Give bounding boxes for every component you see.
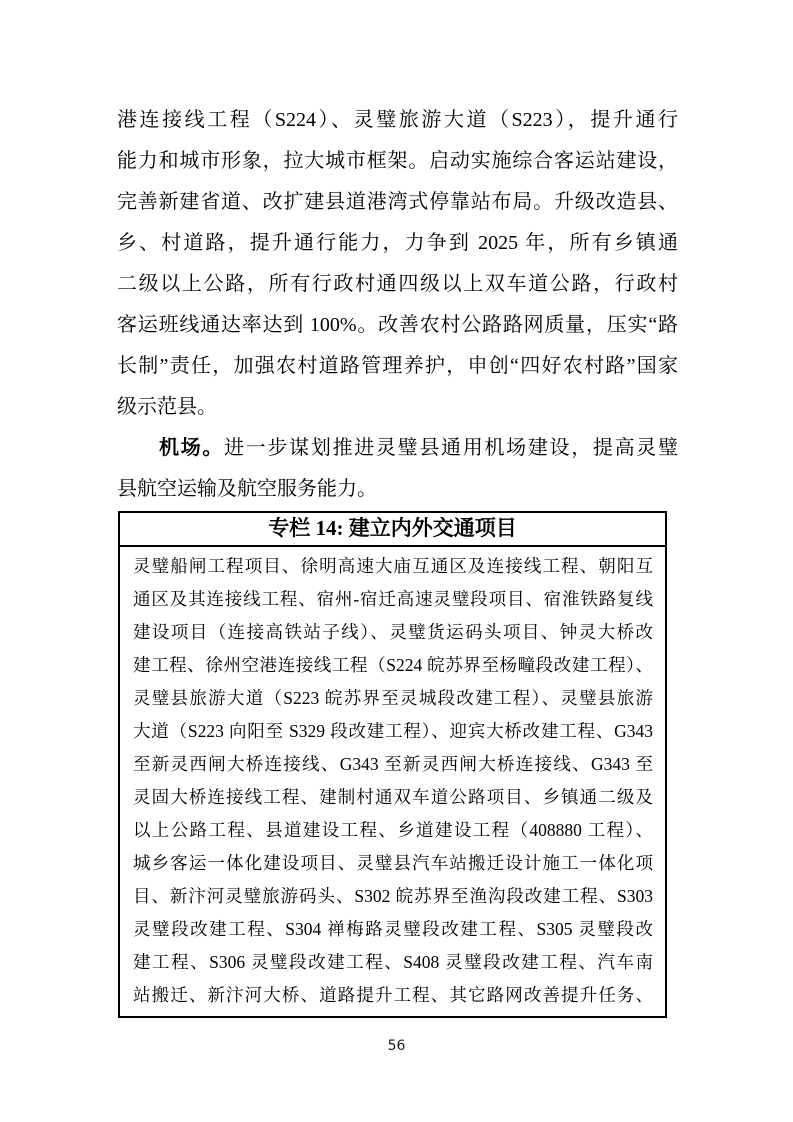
column-box-title: 专栏 14: 建立内外交通项目 (120, 513, 665, 547)
text-line: 城乡客运一体化建设项目、灵璧县汽车站搬迁设计施工一体化项 (133, 847, 653, 880)
text-line: 至新灵西闸大桥连接线、G343 至新灵西闸大桥连接线、G343 至 (133, 748, 653, 781)
line-text: 灵璧船闸工程项目、徐明高速大庙互通区及连接线工程、朝阳互 (133, 556, 653, 576)
paragraph-road-network: 港连接线工程（S224）、灵璧旅游大道（S223），提升通行能力和城市形象，拉大… (117, 100, 678, 428)
line-text: 城乡客运一体化建设项目、灵璧县汽车站搬迁设计施工一体化项 (133, 853, 653, 873)
text-line: 建设项目（连接高铁站子线）、灵璧货运码头项目、钟灵大桥改 (133, 616, 653, 649)
text-line: 机场。进一步谋划推进灵璧县通用机场建设，提高灵璧 (117, 428, 678, 469)
line-text: 至新灵西闸大桥连接线、G343 至新灵西闸大桥连接线、G343 至 (133, 754, 653, 774)
line-text: 以上公路工程、县道建设工程、乡道建设工程（408880 工程）、 (133, 820, 653, 840)
text-line: 县航空运输及航空服务能力。 (117, 469, 678, 510)
line-text: 建工程、S306 灵璧段改建工程、S408 灵璧段改建工程、汽车南 (133, 952, 653, 972)
text-line: 乡、村道路，提升通行能力，力争到 2025 年，所有乡镇通 (117, 223, 678, 264)
line-text: 灵固大桥连接线工程、建制村通双车道公路项目、乡镇通二级及 (133, 787, 653, 807)
line-text: 二级以上公路，所有行政村通四级以上双车道公路，行政村 (117, 273, 678, 295)
line-text: 县航空运输及航空服务能力。 (117, 478, 377, 500)
text-line: 以上公路工程、县道建设工程、乡道建设工程（408880 工程）、 (133, 814, 653, 847)
text-line: 灵璧段改建工程、S304 禅梅路灵璧段改建工程、S305 灵璧段改 (133, 913, 653, 946)
text-line: 能力和城市形象，拉大城市框架。启动实施综合客运站建设， (117, 141, 678, 182)
text-line: 站搬迁、新汴河大桥、道路提升工程、其它路网改善提升任务、 (133, 979, 653, 1012)
line-text: 级示范县。 (117, 396, 217, 418)
bold-lead-text: 机场。 (159, 437, 224, 459)
line-text: 建设项目（连接高铁站子线）、灵璧货运码头项目、钟灵大桥改 (133, 622, 653, 642)
text-line: 二级以上公路，所有行政村通四级以上双车道公路，行政村 (117, 264, 678, 305)
text-line: 级示范县。 (117, 387, 678, 428)
text-line: 通区及其连接线工程、宿州-宿迁高速灵璧段项目、宿淮铁路复线 (133, 583, 653, 616)
line-text: 建工程、徐州空港连接线工程（S224 皖苏界至杨疃段改建工程）、 (133, 655, 653, 675)
page-number: 56 (0, 1038, 793, 1054)
text-line: 长制”责任，加强农村道路管理养护，申创“四好农村路”国家 (117, 346, 678, 387)
text-line: 建工程、S306 灵璧段改建工程、S408 灵璧段改建工程、汽车南 (133, 946, 653, 979)
text-line: 建工程、徐州空港连接线工程（S224 皖苏界至杨疃段改建工程）、 (133, 649, 653, 682)
line-text: 进一步谋划推进灵璧县通用机场建设，提高灵璧 (224, 437, 678, 459)
text-line: 客运班线通达率达到 100%。改善农村公路路网质量，压实“路 (117, 305, 678, 346)
column-box-body: 灵璧船闸工程项目、徐明高速大庙互通区及连接线工程、朝阳互通区及其连接线工程、宿州… (120, 547, 665, 1016)
line-text: 能力和城市形象，拉大城市框架。启动实施综合客运站建设， (117, 150, 678, 172)
paragraph-airport: 机场。进一步谋划推进灵璧县通用机场建设，提高灵璧县航空运输及航空服务能力。 (117, 428, 678, 510)
line-text: 目、新汴河灵璧旅游码头、S302 皖苏界至渔沟段改建工程、S303 (133, 886, 653, 906)
line-text: 灵璧段改建工程、S304 禅梅路灵璧段改建工程、S305 灵璧段改 (133, 919, 653, 939)
project-column-box: 专栏 14: 建立内外交通项目 灵璧船闸工程项目、徐明高速大庙互通区及连接线工程… (118, 511, 667, 1018)
line-text: 客运班线通达率达到 100%。改善农村公路路网质量，压实“路 (117, 314, 678, 336)
line-text: 灵璧县旅游大道（S223 皖苏界至灵城段改建工程）、灵璧县旅游 (133, 688, 653, 708)
text-line: 灵璧船闸工程项目、徐明高速大庙互通区及连接线工程、朝阳互 (133, 550, 653, 583)
document-page: 港连接线工程（S224）、灵璧旅游大道（S223），提升通行能力和城市形象，拉大… (0, 0, 793, 1122)
line-text: 通区及其连接线工程、宿州-宿迁高速灵璧段项目、宿淮铁路复线 (133, 589, 653, 609)
line-text: 大道（S223 向阳至 S329 段改建工程）、迎宾大桥改建工程、G343 (133, 721, 653, 741)
line-text: 乡、村道路，提升通行能力，力争到 2025 年，所有乡镇通 (117, 232, 678, 254)
line-text: 长制”责任，加强农村道路管理养护，申创“四好农村路”国家 (117, 355, 678, 377)
text-line: 港连接线工程（S224）、灵璧旅游大道（S223），提升通行 (117, 100, 678, 141)
text-line: 灵璧县旅游大道（S223 皖苏界至灵城段改建工程）、灵璧县旅游 (133, 682, 653, 715)
line-text: 港连接线工程（S224）、灵璧旅游大道（S223），提升通行 (117, 109, 678, 131)
line-text: 站搬迁、新汴河大桥、道路提升工程、其它路网改善提升任务、 (133, 985, 653, 1005)
text-line: 灵固大桥连接线工程、建制村通双车道公路项目、乡镇通二级及 (133, 781, 653, 814)
text-line: 完善新建省道、改扩建县道港湾式停靠站布局。升级改造县、 (117, 182, 678, 223)
text-line: 目、新汴河灵璧旅游码头、S302 皖苏界至渔沟段改建工程、S303 (133, 880, 653, 913)
text-line: 大道（S223 向阳至 S329 段改建工程）、迎宾大桥改建工程、G343 (133, 715, 653, 748)
page-content: 港连接线工程（S224）、灵璧旅游大道（S223），提升通行能力和城市形象，拉大… (117, 100, 678, 1018)
line-text: 完善新建省道、改扩建县道港湾式停靠站布局。升级改造县、 (117, 191, 678, 213)
